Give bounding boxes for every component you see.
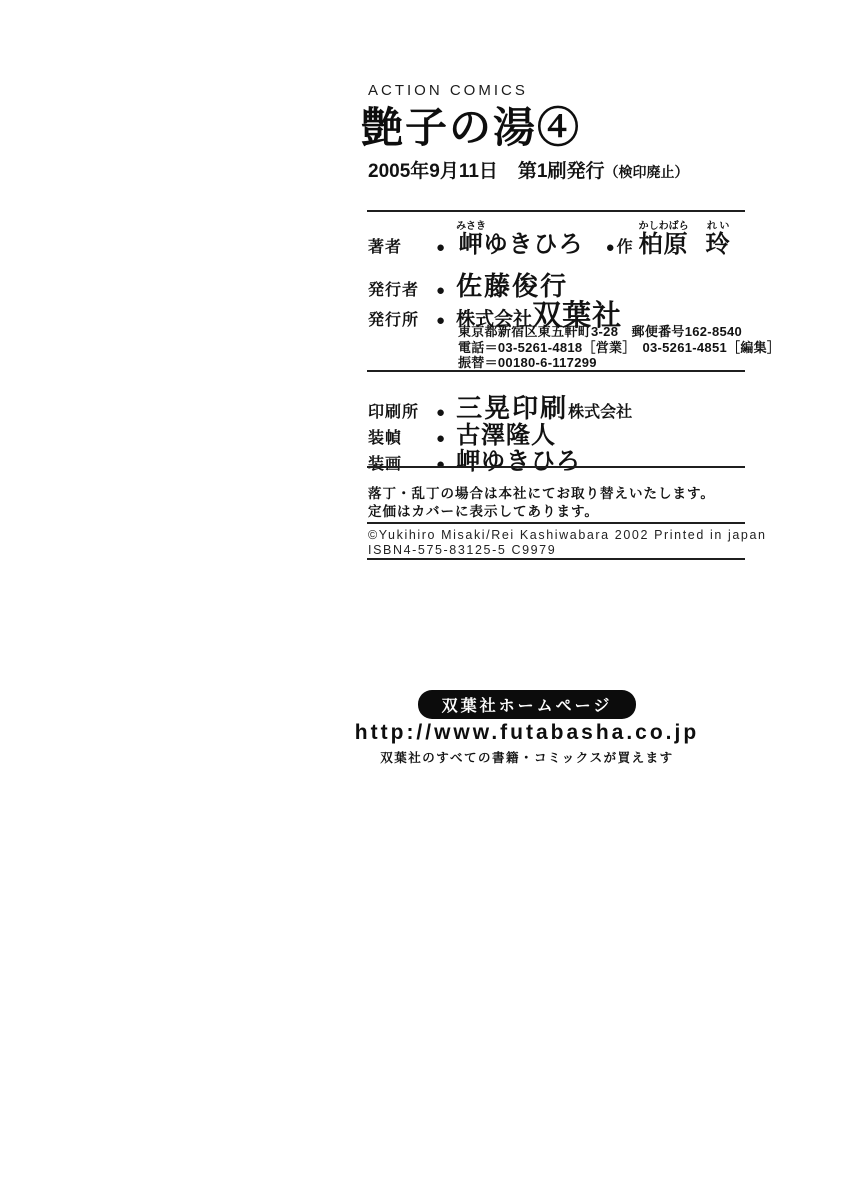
writer-name: 柏原かしわばら玲れい xyxy=(639,221,731,259)
footer-tagline: 双葉社のすべての書籍・コミックスが買えます xyxy=(337,748,717,766)
copyright-line: ©Yukihiro Misaki/Rei Kashiwabara 2002 Pr… xyxy=(368,528,767,543)
homepage-badge: 双葉社ホームページ xyxy=(418,690,637,719)
divider xyxy=(367,558,745,560)
edition-text: 第1刷発行 xyxy=(518,161,605,182)
bullet-icon: ● xyxy=(436,456,445,473)
writer-surname: 柏原 xyxy=(639,231,689,258)
divider xyxy=(367,522,745,524)
volume-number: ④ xyxy=(537,106,581,152)
address-line: 電話＝03-5261-4818［営業］ 03-5261-4851［編集］ xyxy=(458,340,780,356)
cover-illustration-name: 岬ゆきひろ xyxy=(456,441,581,476)
publisher-footer: 双葉社ホームページ http://www.futabasha.co.jp 双葉社… xyxy=(337,690,717,766)
bullet-icon: ● xyxy=(436,239,445,256)
edition-note: （検印廃止） xyxy=(605,164,689,180)
book-title-text: 艶子の湯 xyxy=(361,106,537,152)
print-date-line: 2005年9月11日第1刷発行（検印廃止） xyxy=(368,156,689,183)
notices-block: 落丁・乱丁の場合は本社にてお取り替えいたします。 定価はカバーに表示してあります… xyxy=(368,485,715,521)
homepage-url: http://www.futabasha.co.jp xyxy=(337,721,717,745)
divider xyxy=(367,370,745,372)
publisher-company-label: 発行所 xyxy=(368,307,436,330)
colophon-page: ACTION COMICS 艶子の湯④ 2005年9月11日第1刷発行（検印廃止… xyxy=(0,0,848,1184)
print-date: 2005年9月11日 xyxy=(368,161,498,182)
cover-illustration-row: 装画 ● 岬ゆきひろ xyxy=(368,441,581,476)
author-row: 著者 ● 岬みさきゆきひろ ● 作 柏原かしわばら玲れい xyxy=(368,221,731,259)
divider xyxy=(367,210,745,212)
writer-given-furigana: れい xyxy=(706,221,731,232)
author-label: 著者 xyxy=(368,234,436,257)
publisher-address: 東京都新宿区東五軒町3-28 郵便番号162-8540 電話＝03-5261-4… xyxy=(458,324,780,371)
divider xyxy=(367,466,745,468)
printer-suffix: 株式会社 xyxy=(568,399,632,422)
writer-surname-furigana: かしわばら xyxy=(639,221,689,232)
address-line: 振替＝00180-6-117299 xyxy=(458,355,780,371)
book-title: 艶子の湯④ xyxy=(361,95,581,155)
bullet-icon: ● xyxy=(606,239,615,256)
notice-line: 定価はカバーに表示してあります。 xyxy=(368,503,715,521)
cover-illustration-label: 装画 xyxy=(368,451,436,474)
copyright-block: ©Yukihiro Misaki/Rei Kashiwabara 2002 Pr… xyxy=(368,528,767,558)
writer-role: 作 xyxy=(617,234,633,257)
artist-name-base: 岬 xyxy=(456,231,486,258)
address-line: 東京都新宿区東五軒町3-28 郵便番号162-8540 xyxy=(458,324,780,340)
writer-surname-ruby: 柏原かしわばら xyxy=(639,231,689,258)
writer-given-name: 玲 xyxy=(706,231,731,258)
writer-given-ruby: 玲れい xyxy=(706,231,731,258)
isbn-line: ISBN4-575-83125-5 C9979 xyxy=(368,543,767,558)
notice-line: 落丁・乱丁の場合は本社にてお取り替えいたします。 xyxy=(368,485,715,503)
artist-name-ruby: 岬みさき xyxy=(456,231,484,258)
artist-name-furigana: みさき xyxy=(456,221,486,232)
artist-name-rest: ゆきひろ xyxy=(484,231,584,258)
bullet-icon: ● xyxy=(436,312,445,329)
artist-name: 岬みさきゆきひろ xyxy=(456,221,584,259)
